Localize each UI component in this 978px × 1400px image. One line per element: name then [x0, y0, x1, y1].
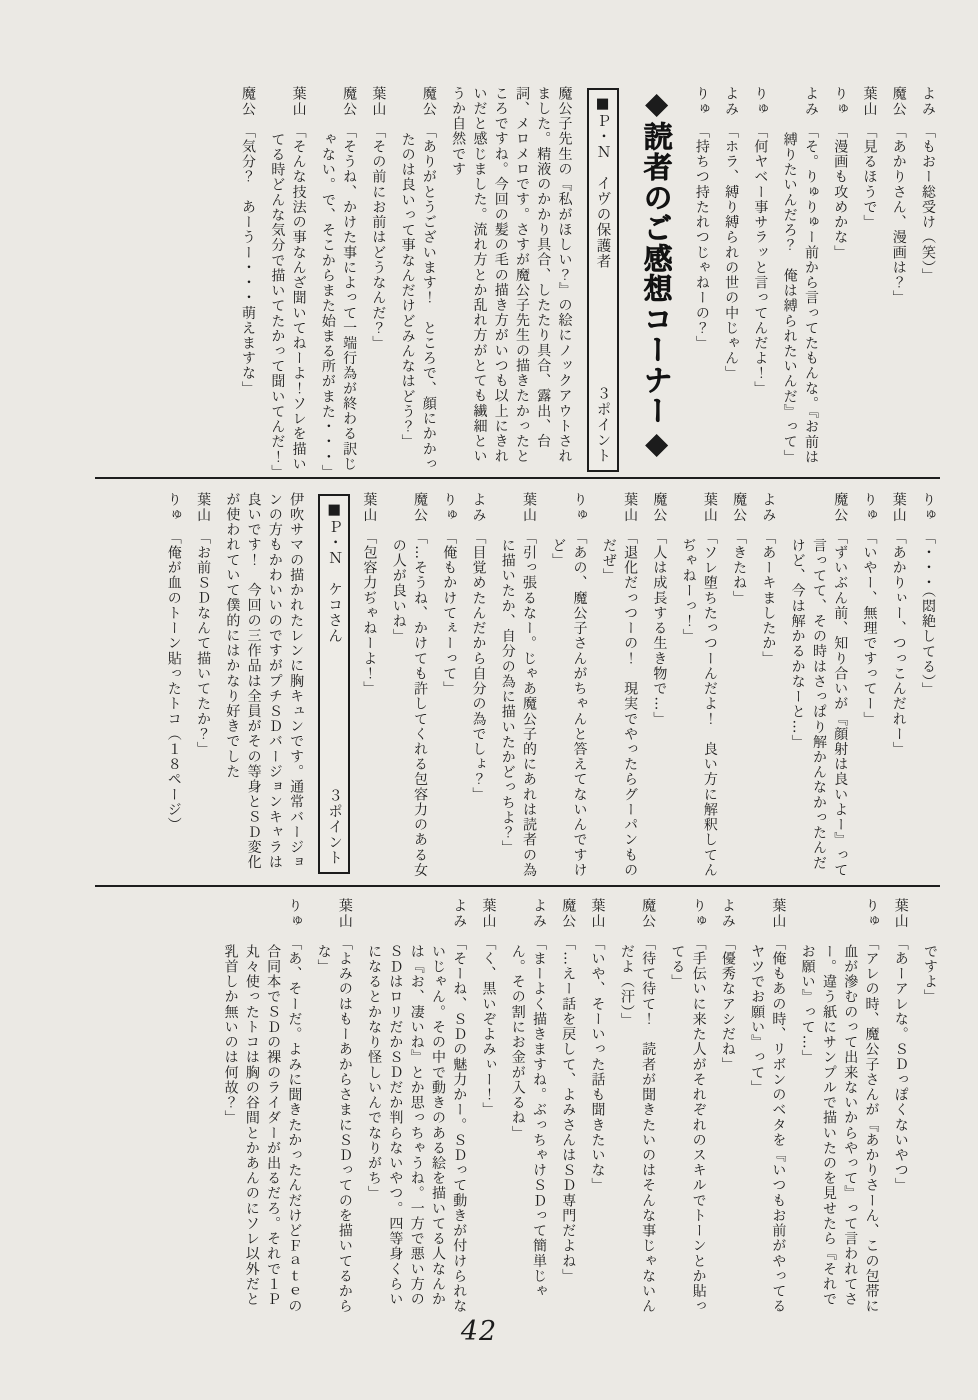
dialogue-line: 魔公「…そうね、かけても許してくれる包容力のある女の人が良いね」	[387, 492, 430, 878]
speaker-name: 葉山	[480, 898, 496, 929]
dialogue-line: 葉山「あーアレな。ＳＤっぽくないやつ」	[889, 898, 910, 1320]
speaker-name: よみ	[470, 492, 486, 523]
horizontal-rule-1	[95, 477, 940, 479]
page-number: 42	[0, 1316, 958, 1347]
dialogue-text: 「ホラ、縛り縛られの世の中じゃん」	[723, 124, 739, 381]
speaker-name: 葉山	[291, 86, 307, 117]
speaker-name: りゅ	[920, 492, 936, 523]
dialogue-line: りゅ「手伝いに来た人がそれぞれのスキルでトーンとか貼ってる」	[666, 898, 709, 1320]
speaker-name: 魔公	[421, 86, 437, 117]
dialogue-line: 葉山「その前にお前はどうなんだ？」	[367, 86, 388, 476]
speaker-name: よみ	[720, 898, 736, 929]
dialogue-line: 葉山「見るほうで」	[858, 86, 879, 476]
dialogue-text: 「そんな技法の事なんざ聞いてねーよ！ソレを描いてる時どんな気分で描いてたかって聞…	[269, 124, 306, 480]
speaker-name: 葉山	[370, 86, 386, 117]
reader-review-text: 魔公子先生の『私がほしい？』の絵にノックアウトされました。精液のかかり具合、した…	[447, 86, 575, 476]
text-band-bottom: ですよ」葉山「あーアレな。ＳＤっぽくないやつ」りゅ「アレの時、魔公子さんが『あか…	[211, 898, 940, 1320]
pen-name-box: ■Ｐ・Ｎ ケコさん３ポイント	[318, 494, 350, 874]
dialogue-line: 魔公「…えー話を戻して、よみさんはＳＤ専門だよね」	[557, 898, 578, 1320]
dialogue-line: 魔公「気分？ あーうー・・・萌えますな」	[237, 86, 258, 476]
speaker-name: 葉山	[361, 492, 377, 523]
horizontal-rule-2	[95, 885, 940, 887]
dialogue-line: 魔公「ずいぶん前、知り合いが『顔射は良いよー』って言ってて、その時はさっぱり解か…	[786, 492, 850, 878]
dialogue-line: 葉山「よみのはもーあからさまにＳＤってのを描いてるからな」	[312, 898, 355, 1320]
speaker-name: 葉山	[861, 86, 877, 117]
dialogue-text: 「持ちつ持たれつじゃねーの？」	[694, 124, 710, 351]
dialogue-text: 「何ヤベー事サラッと言ってんだよ！」	[752, 124, 768, 396]
dialogue-text: 「あの、魔公子さんがちゃんと答えてないんですけど」	[550, 530, 587, 878]
speaker-name: 魔公	[651, 492, 667, 523]
dialogue-line: よみ「優秀なアシだね」	[717, 898, 738, 1320]
speaker-name: 葉山	[891, 492, 907, 523]
dialogue-text: 「そーね、ＳＤの魅力かー。ＳＤって動きが付けられないじゃん。その中で動きのある絵…	[366, 936, 467, 1314]
dialogue-text: 「包容力ぢゃねーよ！」	[361, 530, 377, 696]
dialogue-line: りゅ「俺もかけてぇーって」	[438, 492, 459, 878]
dialogue-line: よみ「目覚めたんだから自分の為でしょ？」	[467, 492, 488, 878]
speaker-name: りゅ	[752, 86, 768, 117]
dialogue-text: 「…そうね、かけても許してくれる包容力のある女の人が良いね」	[391, 530, 428, 878]
dialogue-text: 「俺もかけてぇーって」	[441, 530, 457, 696]
dialogue-line: りゅ「アレの時、魔公子さんが『あかりさーん、この包帯に血が滲むのって出来ないから…	[796, 898, 881, 1320]
dialogue-line: りゅ「・・・（悶絶してる）」	[917, 492, 938, 878]
dialogue-line: よみ「まーよく描きますね。ぶっちゃけＳＤって簡単じゃん。その割にお金が入るね」	[506, 898, 549, 1320]
dialogue-text: 「手伝いに来た人がそれぞれのスキルでトーンとか貼ってる」	[669, 936, 706, 1314]
dialogue-text: 「お前ＳＤなんて描いてたか？」	[195, 530, 211, 757]
speaker-name: 魔公	[412, 492, 428, 523]
dialogue-text: 「あ、そーだ。よみに聞きたかったんだけどＦａｔｅの合同本でＳＤの裸のライダーが出…	[223, 936, 303, 1314]
dialogue-text: 「・・・（悶絶してる）」	[920, 530, 936, 697]
speaker-name: 魔公	[891, 86, 907, 117]
dialogue-text: 「その前にお前はどうなんだ？」	[370, 124, 386, 351]
speaker-name: よみ	[723, 86, 739, 117]
dialogue-text: 「きたね」	[731, 530, 747, 606]
dialogue-line: 葉山「俺もあの時、リボンのベタを『いつもお前がやってるヤツでお願い』って」	[746, 898, 789, 1320]
speaker-name: 葉山	[622, 492, 638, 523]
points-label: ３ポイント	[592, 386, 614, 464]
dialogue-line: りゅ「あ、そーだ。よみに聞きたかったんだけどＦａｔｅの合同本でＳＤの裸のライダー…	[219, 898, 304, 1320]
speaker-name: 葉山	[770, 898, 786, 929]
pen-name-label: ■Ｐ・Ｎ イヴの保護者	[592, 96, 614, 269]
pen-name-label: ■Ｐ・Ｎ ケコさん	[323, 502, 345, 644]
speaker-name: よみ	[803, 86, 819, 117]
dialogue-text: 「…えー話を戻して、よみさんはＳＤ専門だよね」	[560, 936, 576, 1284]
speaker-name: 魔公	[832, 492, 848, 523]
dialogue-text: 「見るほうで」	[861, 124, 877, 230]
dialogue-text: 「人は成長する生き物で…」	[651, 530, 667, 727]
dialogue-text: 「ソレ堕ちたっつーんだよ！ 良い方に解釈してんぢゃねーっ！」	[681, 530, 718, 878]
dialogue-text: 「いやー、無理ですってー」	[861, 530, 877, 727]
dialogue-line: よみ「ホラ、縛り縛られの世の中じゃん」	[720, 86, 741, 476]
dialogue-text: 「く、黒いぞよみぃー！」	[480, 936, 496, 1117]
dialogue-line: 葉山「そんな技法の事なんざ聞いてねーよ！ソレを描いてる時どんな気分で描いてたかっ…	[266, 86, 309, 476]
dialogue-text: 「もおー総受け（笑）」	[920, 124, 936, 283]
dialogue-line: 魔公「ありがとうございます！ ところで、顔にかかったのは良いって事なんだけどみん…	[396, 86, 439, 476]
points-label: ３ポイント	[323, 788, 345, 866]
dialogue-line: よみ「そ。りゅりゅー前から言ってたもんな。『お前は縛りたいんだろ？ 俺は縛られた…	[778, 86, 821, 476]
speaker-name: りゅ	[441, 492, 457, 523]
speaker-name: 魔公	[560, 898, 576, 929]
dialogue-continuation: ですよ」	[919, 898, 940, 1320]
pen-name-box: ■Ｐ・Ｎ イヴの保護者３ポイント	[587, 88, 619, 472]
dialogue-line: よみ「あーキましたか」	[757, 492, 778, 878]
speaker-name: 葉山	[521, 492, 537, 523]
speaker-name: りゅ	[832, 86, 848, 117]
dialogue-line: 魔公「あかりさん、漫画は？」	[887, 86, 908, 476]
dialogue-text: 「あーキましたか」	[760, 530, 776, 666]
speaker-name: りゅ	[572, 492, 588, 523]
speaker-name: 葉山	[195, 492, 211, 523]
speaker-name: 魔公	[731, 492, 747, 523]
speaker-name: よみ	[531, 898, 547, 929]
dialogue-line: りゅ「あの、魔公子さんがちゃんと答えてないんですけど」	[547, 492, 590, 878]
dialogue-line: りゅ「何ヤベー事サラッと言ってんだよ！」	[749, 86, 770, 476]
dialogue-line: 魔公「人は成長する生き物で…」	[648, 492, 669, 878]
dialogue-text: 「引っ張るなー。じゃあ魔公子的にあれは読者の為に描いたか、自分の為に描いたかどっ…	[500, 530, 537, 878]
dialogue-text: 「よみのはもーあからさまにＳＤってのを描いてるからな」	[316, 936, 353, 1314]
speaker-name: 葉山	[337, 898, 353, 929]
dialogue-line: りゅ「漫画も攻めかな」	[829, 86, 850, 476]
speaker-name: りゅ	[166, 492, 182, 523]
dialogue-line: 葉山「いや、そーいった話も聞きたいな」	[586, 898, 607, 1320]
dialogue-line: 葉山「包容力ぢゃねーよ！」	[358, 492, 379, 878]
dialogue-text: 「俺が血のトーン貼ったトコ（１８ページ）	[166, 530, 182, 832]
speaker-name: 魔公	[640, 898, 656, 929]
dialogue-text: 「そ。りゅりゅー前から言ってたもんな。『お前は縛りたいんだろ？ 俺は縛られたいん…	[782, 124, 819, 465]
speaker-name: 葉山	[702, 492, 718, 523]
dialogue-text: 「そうね、かけた事によって一端行為が終わる訳じゃない。で、そこからまた始まる所が…	[320, 124, 357, 480]
dialogue-line: りゅ「いやー、無理ですってー」	[858, 492, 879, 878]
speaker-name: よみ	[451, 898, 467, 929]
dialogue-text: 「いや、そーいった話も聞きたいな」	[590, 936, 606, 1193]
corner-title: ◆読者のご感想コーナー◆	[635, 86, 679, 476]
dialogue-line: 葉山「引っ張るなー。じゃあ魔公子的にあれは読者の為に描いたか、自分の為に描いたか…	[496, 492, 539, 878]
text-band-middle: りゅ「・・・（悶絶してる）」葉山「あかりぃー、つっこんだれー」りゅ「いやー、無理…	[155, 492, 938, 878]
dialogue-text: 「俺もあの時、リボンのベタを『いつもお前がやってるヤツでお願い』って」	[749, 936, 786, 1314]
speaker-name: りゅ	[861, 492, 877, 523]
dialogue-line: 魔公「待て待て！ 読者が聞きたいのはそんな事じゃないんだよ（汗）」	[616, 898, 659, 1320]
speaker-name: よみ	[760, 492, 776, 523]
speaker-name: 魔公	[341, 86, 357, 117]
text-band-top: よみ「もおー総受け（笑）」魔公「あかりさん、漫画は？」葉山「見るほうで」りゅ「漫…	[229, 86, 938, 476]
dialogue-text: 「気分？ あーうー・・・萌えますな」	[240, 124, 256, 396]
dialogue-text: 「ありがとうございます！ ところで、顔にかかったのは良いって事なんだけどみんなは…	[400, 124, 437, 472]
reader-review-text: 伊吹サマの描かれたレンに胸キュンです。通常バージョンの方もかわいいのですがプチＳ…	[221, 492, 306, 878]
dialogue-text: 「アレの時、魔公子さんが『あかりさーん、この包帯に血が滲むのって出来ないからやっ…	[800, 936, 880, 1314]
dialogue-text: 「退化だっつーの！ 現実でやったらグーパンものだぜ」	[601, 530, 638, 878]
dialogue-text: 「あかりぃー、つっこんだれー」	[891, 530, 907, 757]
speaker-name: りゅ	[286, 898, 302, 929]
dialogue-text: 「待て待て！ 読者が聞きたいのはそんな事じゃないんだよ（汗）」	[619, 936, 656, 1314]
dialogue-text: 「優秀なアシだね」	[720, 936, 736, 1072]
dialogue-line: 葉山「あかりぃー、つっこんだれー」	[887, 492, 908, 878]
dialogue-line: 魔公「きたね」	[728, 492, 749, 878]
speaker-name: りゅ	[691, 898, 707, 929]
dialogue-text: 「まーよく描きますね。ぶっちゃけＳＤって簡単じゃん。その割にお金が入るね」	[510, 936, 547, 1299]
dialogue-text: 「漫画も攻めかな」	[832, 124, 848, 260]
dialogue-line: りゅ「持ちつ持たれつじゃねーの？」	[691, 86, 712, 476]
dialogue-line: 葉山「く、黒いぞよみぃー！」	[477, 898, 498, 1320]
speaker-name: 葉山	[590, 898, 606, 929]
dialogue-line: 葉山「ソレ堕ちたっつーんだよ！ 良い方に解釈してんぢゃねーっ！」	[677, 492, 720, 878]
dialogue-line: 魔公「そうね、かけた事によって一端行為が終わる訳じゃない。で、そこからまた始まる…	[317, 86, 360, 476]
dialogue-line: 葉山「退化だっつーの！ 現実でやったらグーパンものだぜ」	[598, 492, 641, 878]
scanned-doujinshi-page: よみ「もおー総受け（笑）」魔公「あかりさん、漫画は？」葉山「見るほうで」りゅ「漫…	[0, 0, 978, 1400]
dialogue-text: 「あーアレな。ＳＤっぽくないやつ」	[893, 936, 909, 1193]
dialogue-line: よみ「もおー総受け（笑）」	[917, 86, 938, 476]
dialogue-text: 「目覚めたんだから自分の為でしょ？」	[470, 530, 486, 802]
speaker-name: よみ	[920, 86, 936, 117]
speaker-name: 葉山	[893, 898, 909, 929]
speaker-name: りゅ	[863, 898, 879, 929]
dialogue-line: 葉山「お前ＳＤなんて描いてたか？」	[192, 492, 213, 878]
dialogue-line: よみ「そーね、ＳＤの魅力かー。ＳＤって動きが付けられないじゃん。その中で動きのあ…	[363, 898, 469, 1320]
dialogue-text: 「あかりさん、漫画は？」	[891, 124, 907, 305]
dialogue-text: 「ずいぶん前、知り合いが『顔射は良いよー』って言ってて、その時はさっぱり解かんな…	[790, 530, 849, 878]
dialogue-line: りゅ「俺が血のトーン貼ったトコ（１８ページ）	[163, 492, 184, 878]
speaker-name: りゅ	[694, 86, 710, 117]
speaker-name: 魔公	[240, 86, 256, 117]
